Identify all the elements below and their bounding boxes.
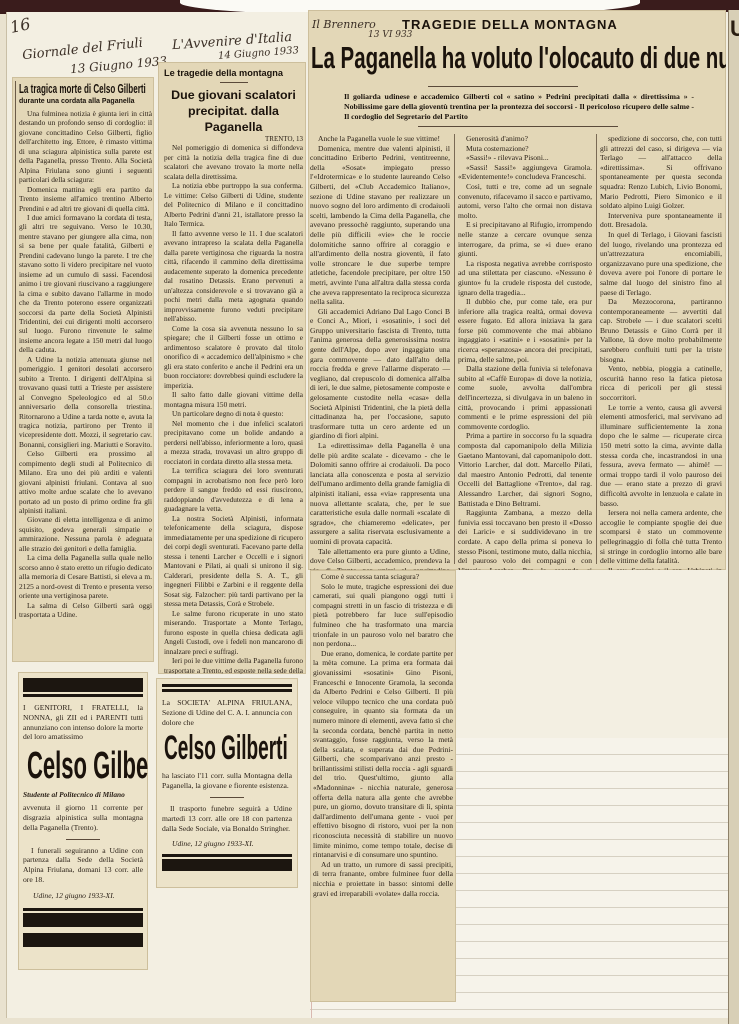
article-column-3: spedizione di soccorso, che, con tutti g… <box>600 134 722 570</box>
paragraph: Tale allettamento era pure giunto a Udin… <box>310 547 450 570</box>
paragraph: Vento, nebbia, pioggia a catinelle, oscu… <box>600 364 722 402</box>
obituary-intro: La SOCIETA' ALPINA FRIULANA, Sezione di … <box>162 698 292 727</box>
headline: La tragica morte di Celso Gilberti <box>19 81 154 96</box>
paragraph: La nostra Società Alpinisti, informata t… <box>164 514 303 609</box>
paragraph: Nel momento che i due infelici scalatori… <box>164 419 303 467</box>
obituary-body: ha lasciato l'11 corr. sulla Montagna de… <box>162 771 292 791</box>
paragraph: I due amici formavano la cordata di test… <box>19 213 152 355</box>
paragraph: Giovane di eletta intelligenza e di anim… <box>19 515 152 553</box>
article-column-1: Anche la Paganella vuole le sue vittime!… <box>310 134 450 570</box>
paragraph: Solo le mute, tragiche espressioni dei d… <box>313 582 453 649</box>
kicker: Le tragedie della montagna <box>164 68 303 78</box>
paragraph: Generosità d'animo? <box>458 134 592 144</box>
paragraph: Un particolare degno di nota è questo: <box>164 409 303 419</box>
paragraph: Le torrie a vento, causa gli avversi ele… <box>600 403 722 509</box>
paragraph: Ad un tratto, un rumore di sassi precipi… <box>313 860 453 898</box>
paragraph: Il dubbio che, pur come tale, era pur in… <box>458 297 592 364</box>
paragraph: La cima della Paganella sulla quale nell… <box>19 553 152 600</box>
obituary-signoff: Udine, 12 giugno 1933-XI. <box>33 891 143 900</box>
paragraph: Domenica mattina egli era partito da Tre… <box>19 185 152 213</box>
obituary-signoff: Udine, 12 giugno 1933-XI. <box>172 839 292 848</box>
paragraph: La terrifica sciagura dei loro sventurat… <box>164 466 303 514</box>
paragraph: E si precipitavano al Rifugio, irrompend… <box>458 220 592 258</box>
paragraph: Celso Gilberti era prossimo al compiment… <box>19 449 152 515</box>
paragraph: Prima a partire in soccorso fu la squadr… <box>458 431 592 508</box>
article-body: Una fulminea notizia è giunta ieri in ci… <box>19 109 152 619</box>
paragraph: Nel pomeriggio di domenica si diffondeva… <box>164 143 303 181</box>
obituary-intro: I GENITORI, I FRATELLI, la NONNA, gli ZI… <box>23 703 143 742</box>
obituary-body: avvenuta il giorno 11 corrente per disgr… <box>23 803 143 832</box>
kicker: TRAGEDIE DELLA MONTAGNA <box>402 17 618 32</box>
obituary-funeral: I funerali seguiranno a Udine con parten… <box>23 846 143 885</box>
obituary-role: Studente al Politecnico di Milano <box>23 790 143 799</box>
article-body: Nel pomeriggio di domenica si diffondeva… <box>164 143 303 674</box>
paragraph: La notizia ebbe purtroppo la sua conferm… <box>164 181 303 229</box>
paragraph: Due erano, domenica, le cordate partite … <box>313 649 453 860</box>
paragraph: La «direttissima» della Paganella è una … <box>310 441 450 547</box>
article-column-2: Generosità d'animo?Muta costernazione?«S… <box>458 134 592 570</box>
paragraph: «Sassi!» - rilevava Pisoni... <box>458 153 592 163</box>
paragraph: Come la cosa sia avvenuta nessuno lo sa … <box>164 324 303 391</box>
dateline: TRENTO, 13 <box>164 135 303 143</box>
clipping-il-brennero-continuation: Come è successa tanta sciagura?Solo le m… <box>310 570 456 1002</box>
paragraph: Anche la Paganella vuole le sue vittime! <box>310 134 450 144</box>
obituary-family: I GENITORI, I FRATELLI, la NONNA, gli ZI… <box>18 672 148 970</box>
paragraph: Il salto fatto dalle giovani vittime del… <box>164 390 303 409</box>
deck: Il goliarda udinese e accademico Gilbert… <box>344 92 694 122</box>
paragraph: Come è successa tanta sciagura? <box>313 572 453 582</box>
paragraph: Interveniva pure spontaneamente il dott.… <box>600 211 722 230</box>
paragraph: In quel di Terlago, i Giovani fascisti d… <box>600 230 722 297</box>
clipping-giornale-del-friuli: La tragica morte di Celso Gilberti duran… <box>12 77 154 662</box>
paragraph: La risposta negativa avrebbe corrisposto… <box>458 259 592 297</box>
headline: Due giovani scalatori precipitat. dalla … <box>164 87 303 135</box>
paragraph: Muta costernazione? <box>458 144 592 154</box>
clipping-il-brennero: Il Brennero 13 VI 933 TRAGEDIE DELLA MON… <box>308 10 726 570</box>
clipping-avvenire-italia: Le tragedie della montagna Due giovani s… <box>158 62 306 674</box>
headline: La Paganella ha voluto l'olocauto di due… <box>311 40 726 76</box>
paragraph: Ieri poi le due vittime della Paganella … <box>164 656 303 674</box>
obituary-name: Celso Gilberti <box>27 746 94 786</box>
paragraph: Domenica, mentre due valenti alpinisti, … <box>310 144 450 307</box>
obituary-funeral: Il trasporto funebre seguirà a Udine mar… <box>162 804 292 833</box>
paragraph: Da Mezzocorona, partiranno contemporanea… <box>600 297 722 364</box>
paragraph: Il fatto avvenne verso le 11. I due scal… <box>164 229 303 324</box>
source-label-3: Il Brennero <box>312 18 376 31</box>
paragraph: Dalla stazione della funivia si telefona… <box>458 364 592 431</box>
subhead: durante una cordata alla Paganella <box>19 98 152 105</box>
obituary-societa-alpina: La SOCIETA' ALPINA FRIULANA, Sezione di … <box>156 678 298 888</box>
paragraph: Le salme furono ricuperate in uno stato … <box>164 609 303 657</box>
paragraph: spedizione di soccorso, che, con tutti g… <box>600 134 722 211</box>
paragraph: Gli accademici Adriano Dal Lago Conci B … <box>310 307 450 441</box>
paragraph: Raggiunta Zambana, a mezzo della funivia… <box>458 508 592 570</box>
paragraph: Una fulminea notizia è giunta ieri in ci… <box>19 109 152 185</box>
paragraph: Il cav. Scavini e il cap. Urbinati in ra… <box>600 566 722 570</box>
paragraph: Iersera noi nella camera ardente, che ac… <box>600 508 722 566</box>
obituary-name: Celso Gilberti <box>164 729 236 767</box>
adjacent-page-edge: U <box>728 10 739 1024</box>
paragraph: A Udine la notizia attenuata giunse nel … <box>19 355 152 450</box>
paragraph: «Sassi! Sassi!» aggiungeva Gramola. «Evi… <box>458 163 592 182</box>
paragraph: Così, tutti e tre, come ad un segnale co… <box>458 182 592 220</box>
paragraph: La salma di Celso Gilberti sarà oggi tra… <box>19 601 152 620</box>
